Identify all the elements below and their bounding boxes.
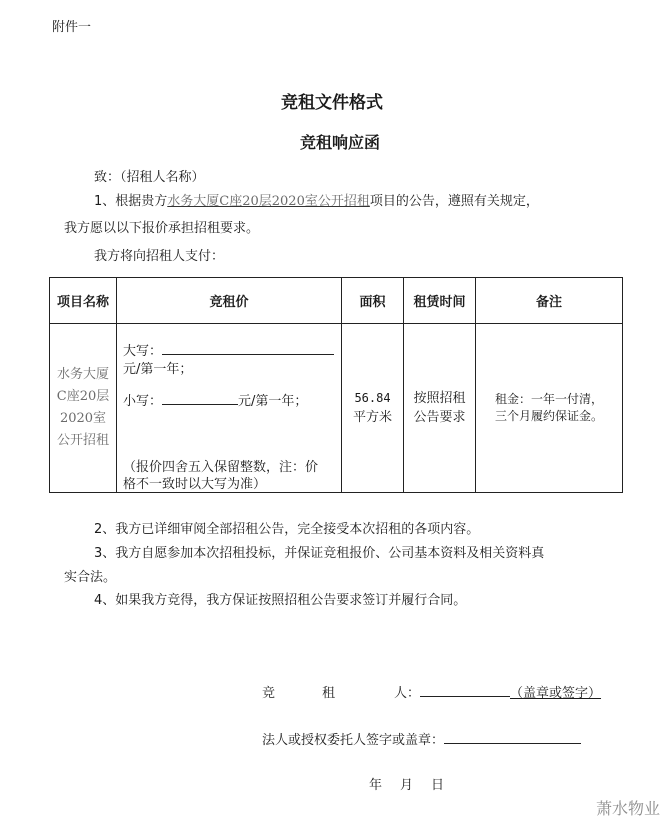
note-cell: 租金：一年一付清， 三个月履约保证金。 xyxy=(476,324,623,493)
bidder-char-2: 租 xyxy=(322,682,394,701)
clause-3-continuation: 实合法。 xyxy=(64,566,116,585)
document-subtitle: 竞租响应函 xyxy=(300,130,380,153)
header-note: 备注 xyxy=(476,278,623,324)
date-row: 年月日 xyxy=(369,774,462,793)
lower-unit: 元/第一年； xyxy=(238,394,307,409)
legal-signature-label: 法人或授权委托人签字或盖章： xyxy=(262,733,444,748)
area-cell: 56.84 平方米 xyxy=(342,324,404,493)
document-title: 竞租文件格式 xyxy=(0,88,664,113)
clause-2: 2、我方已详细审阅全部招租公告，完全接受本次招租的各项内容。 xyxy=(94,518,479,537)
price-remark-line-2: 格不一致时以大写为准） xyxy=(123,473,266,492)
header-price: 竞租价 xyxy=(117,278,342,324)
clause-1-continuation: 我方愿以以下报价承担招租要求。 xyxy=(64,217,259,236)
bid-table: 项目名称 竞租价 面积 租赁时间 备注 水务大厦C座20层2020室公开招租 大… xyxy=(49,277,623,493)
clause-4: 4、如果我方竞得，我方保证按照招租公告要求签订并履行合同。 xyxy=(94,589,466,608)
header-area: 面积 xyxy=(342,278,404,324)
area-value: 56.84 xyxy=(342,389,403,408)
bidder-signature-field[interactable] xyxy=(420,684,510,697)
clause-1-suffix: 项目的公告，遵照有关规定， xyxy=(370,194,539,209)
note-line-2: 三个月履约保证金。 xyxy=(476,408,622,425)
bidder-char-3: 人： xyxy=(394,682,420,701)
seal-hint: （盖章或签字） xyxy=(510,686,601,701)
addressee: 致：（招租人名称） xyxy=(94,166,205,185)
table-header-row: 项目名称 竞租价 面积 租赁时间 备注 xyxy=(50,278,623,324)
upper-label: 大写： xyxy=(123,344,162,359)
term-line-2: 公告要求 xyxy=(404,408,475,427)
clause-1: 1、根据贵方水务大厦C座20层2020室公开招租项目的公告，遵照有关规定， xyxy=(94,190,539,209)
legal-signature-row: 法人或授权委托人签字或盖章： xyxy=(262,729,581,748)
date-month: 月 xyxy=(400,778,413,793)
bidder-char-1: 竞 xyxy=(262,682,322,701)
clause-3: 3、我方自愿参加本次招租投标，并保证竞租报价、公司基本资料及相关资料真 xyxy=(94,542,544,561)
lower-amount-field[interactable] xyxy=(162,392,238,405)
header-project-name: 项目名称 xyxy=(50,278,117,324)
bidder-signature-row: 竞租人：（盖章或签字） xyxy=(262,682,601,701)
term-line-1: 按照招租 xyxy=(404,389,475,408)
area-unit: 平方米 xyxy=(342,408,403,427)
legal-signature-field[interactable] xyxy=(444,731,581,744)
date-day: 日 xyxy=(431,778,444,793)
term-cell: 按照招租 公告要求 xyxy=(404,324,476,493)
header-term: 租赁时间 xyxy=(404,278,476,324)
price-cell: 大写： 元/第一年； 小写：元/第一年； （报价四舍五入保留整数，注：价 格不一… xyxy=(117,324,342,493)
upper-unit: 元/第一年； xyxy=(123,358,192,377)
lower-amount-row: 小写：元/第一年； xyxy=(123,390,307,409)
project-name: 水务大厦C座20层2020室公开招租 xyxy=(167,194,370,209)
attachment-label: 附件一 xyxy=(52,16,91,35)
lower-label: 小写： xyxy=(123,394,162,409)
table-row: 水务大厦C座20层2020室公开招租 大写： 元/第一年； 小写：元/第一年； … xyxy=(50,324,623,493)
watermark: 萧水物业 xyxy=(596,796,660,816)
pay-intro: 我方将向招租人支付： xyxy=(94,245,224,264)
upper-amount-field[interactable] xyxy=(162,342,334,355)
project-name-cell: 水务大厦C座20层2020室公开招租 xyxy=(50,324,117,493)
clause-1-prefix: 1、根据贵方 xyxy=(94,194,167,209)
note-line-1: 租金：一年一付清， xyxy=(476,391,622,408)
date-year: 年 xyxy=(369,778,382,793)
upper-amount-row: 大写： xyxy=(123,340,334,359)
